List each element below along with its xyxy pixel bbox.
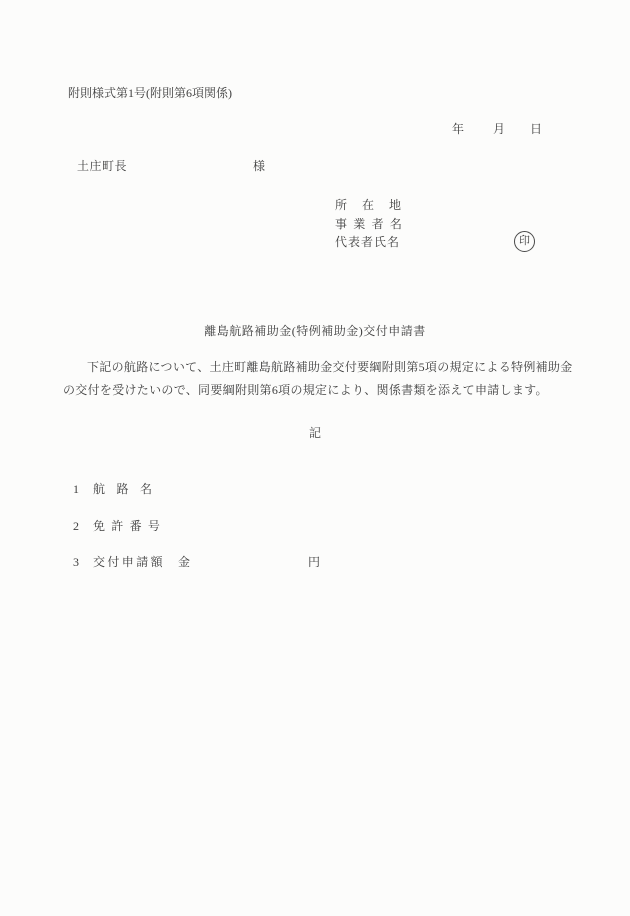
month-label: 月 <box>493 122 505 136</box>
honorific-label: 様 <box>253 159 265 173</box>
form-number-note: 附則様式第1号(附則第6項関係) <box>68 86 232 100</box>
applicant-block: 所在地 事業者名 代表者氏名 <box>335 196 416 252</box>
ki-heading: 記 <box>0 426 630 440</box>
application-amount-label: 交付申請額 <box>93 555 165 569</box>
address-label: 所在地 <box>335 196 416 215</box>
amount-unit-label: 円 <box>308 555 320 569</box>
item-number: 2 <box>73 519 79 533</box>
seal-mark-icon: 印 <box>514 231 535 252</box>
item-number: 1 <box>73 482 79 496</box>
item-row-route-name: 1 航路名 <box>0 482 630 498</box>
body-paragraph: 下記の航路について、土庄町離島航路補助金交付要綱附則第5項の規定による特例補助金… <box>63 356 573 402</box>
business-name-label: 事業者名 <box>335 215 416 234</box>
item-row-license-number: 2 免許番号 <box>0 519 630 535</box>
addressee-line: 土庄町長 様 <box>0 159 630 175</box>
day-label: 日 <box>530 122 542 136</box>
application-form-page: 附則様式第1号(附則第6項関係) 年 月 日 土庄町長 様 所在地 事業者名 代… <box>0 0 630 916</box>
amount-currency-label: 金 <box>178 555 190 569</box>
license-number-label: 免許番号 <box>93 519 166 533</box>
addressee-name: 土庄町長 <box>77 159 127 173</box>
body-paragraph-line-1: 下記の航路について、土庄町離島航路補助金交付要綱附則第5項の規定による特例補助金 <box>63 356 573 379</box>
item-number: 3 <box>73 555 79 569</box>
date-line: 年 月 日 <box>0 122 630 138</box>
document-title: 離島航路補助金(特例補助金)交付申請書 <box>0 324 630 338</box>
item-row-application-amount: 3 交付申請額 金 円 <box>0 555 630 571</box>
representative-name-label: 代表者氏名 <box>335 233 416 252</box>
route-name-label: 航路名 <box>93 482 164 496</box>
year-label: 年 <box>452 122 464 136</box>
body-paragraph-line-2: の交付を受けたいので、同要綱附則第6項の規定により、関係書類を添えて申請します。 <box>63 379 573 402</box>
